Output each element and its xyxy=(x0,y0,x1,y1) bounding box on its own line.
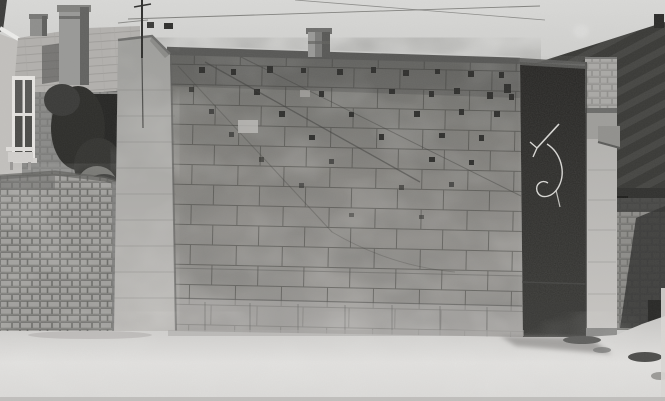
photo-frame xyxy=(0,0,665,401)
film-grain xyxy=(0,0,665,401)
photograph xyxy=(0,0,665,401)
